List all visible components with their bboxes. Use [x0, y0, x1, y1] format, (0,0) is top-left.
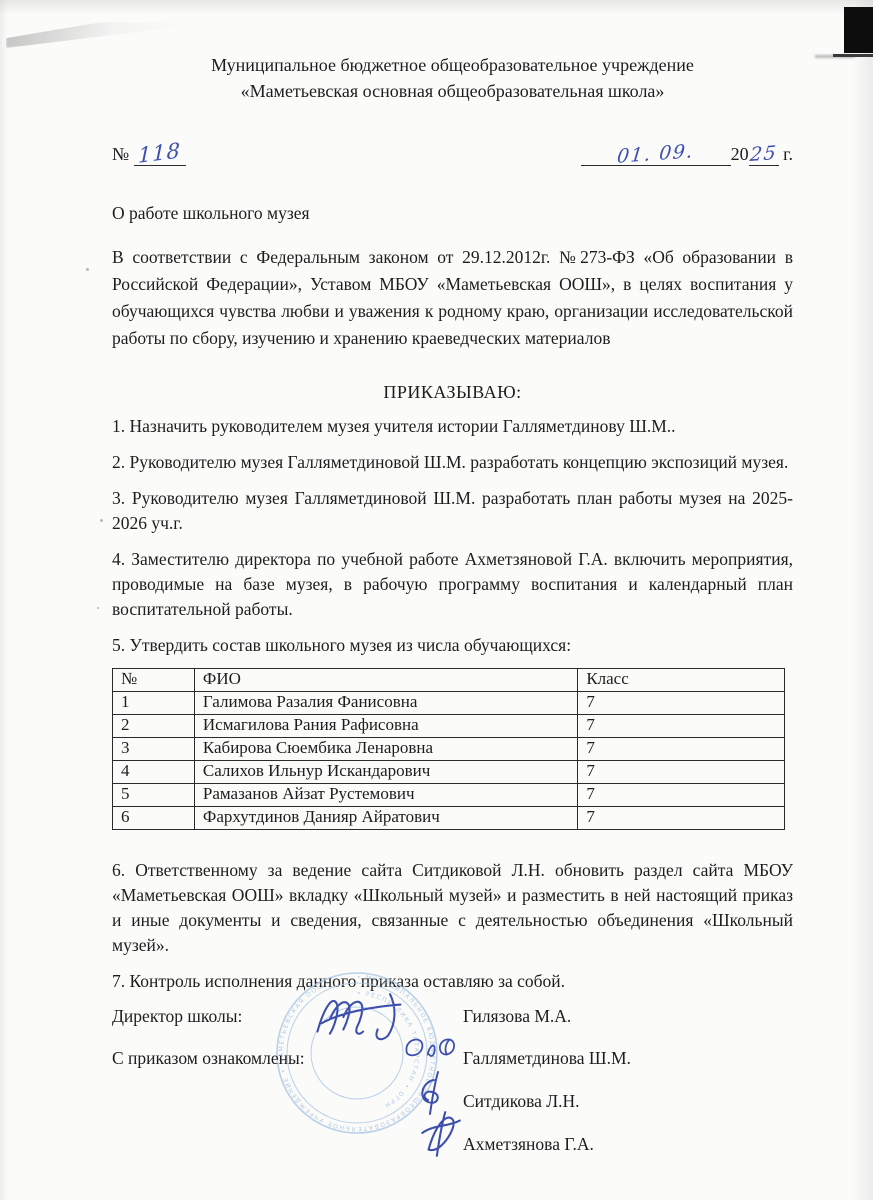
col-header-class: Класс [578, 669, 785, 692]
col-header-fio: ФИО [194, 669, 577, 692]
cell-number: 2 [113, 715, 195, 738]
acknowledged-label: С приказом ознакомлены: [112, 1048, 463, 1069]
org-name-line2: «Маметьевская основная общеобразовательн… [112, 78, 793, 104]
table-row: 2 Исмагилова Рания Рафисовна 7 [113, 715, 785, 738]
acknowledged-row-3: Ахметзянова Г.А. [112, 1122, 793, 1166]
order-number-label: № [112, 144, 129, 164]
order-date-blank: 01. 09. [581, 143, 731, 166]
cell-fio: Галимова Разалия Фанисовна [194, 692, 577, 715]
order-number-blank: 118 [134, 141, 186, 166]
cell-fio: Салихов Ильнур Искандарович [194, 761, 577, 784]
table-row: 3 Кабирова Сюембика Ленаровна 7 [113, 738, 785, 761]
cell-fio: Кабирова Сюембика Ленаровна [194, 738, 577, 761]
table-row: 5 Рамазанов Айзат Рустемович 7 [113, 784, 785, 807]
acknowledged-row-2: Ситдикова Л.Н. [112, 1080, 793, 1122]
table-row: 4 Салихов Ильнур Искандарович 7 [113, 761, 785, 784]
order-word: ПРИКАЗЫВАЮ: [112, 382, 793, 403]
cell-number: 6 [113, 807, 195, 830]
scan-speck [100, 519, 103, 522]
cell-number: 4 [113, 761, 195, 784]
order-item-5: 5. Утвердить состав школьного музея из ч… [112, 633, 793, 658]
scanner-corner-artifact [844, 7, 873, 53]
director-row: Директор школы: Гилязова М.А. [112, 996, 793, 1036]
acknowledged-name-3: Ахметзянова Г.А. [463, 1134, 594, 1155]
cell-class: 7 [578, 692, 785, 715]
cell-fio: Рамазанов Айзат Рустемович [194, 784, 577, 807]
cell-number: 1 [113, 692, 195, 715]
order-number: № 118 [112, 141, 186, 166]
order-number-handwritten: 118 [138, 138, 181, 167]
table-row: 6 Фархутдинов Данияр Айратович 7 [113, 807, 785, 830]
order-item-2: 2. Руководителю музея Галляметдиновой Ш.… [112, 450, 793, 475]
cell-class: 7 [578, 738, 785, 761]
order-date: 01. 09.2025 г. [581, 143, 793, 166]
order-year-handwritten: 25 [749, 142, 778, 166]
order-item-6: 6. Ответственному за ведение сайта Ситди… [112, 858, 793, 958]
order-item-4: 4. Заместителю директора по учебной рабо… [112, 547, 793, 622]
order-date-suffix: г. [783, 144, 793, 164]
order-item-3: 3. Руководителю музея Галляметдиновой Ш.… [112, 486, 793, 536]
cell-number: 5 [113, 784, 195, 807]
order-preamble: В соответствии с Федеральным законом от … [112, 244, 793, 352]
table-row: 1 Галимова Разалия Фанисовна 7 [113, 692, 785, 715]
cell-class: 7 [578, 784, 785, 807]
table-header-row: № ФИО Класс [113, 669, 785, 692]
order-item-1: 1. Назначить руководителем музея учителя… [112, 414, 793, 439]
museum-members-table: № ФИО Класс 1 Галимова Разалия Фанисовна… [112, 668, 785, 830]
scanner-corner-line [833, 54, 873, 57]
order-date-century: 20 [731, 144, 749, 164]
cell-fio: Исмагилова Рания Рафисовна [194, 715, 577, 738]
cell-fio: Фархутдинов Данияр Айратович [194, 807, 577, 830]
signature-block: • МУНИЦИПАЛЬНОЕ БЮДЖЕТНОЕ ОБЩЕОБРАЗОВАТЕ… [112, 996, 793, 1166]
scan-speck [97, 607, 99, 609]
director-label: Директор школы: [112, 1006, 463, 1027]
acknowledged-name-2: Ситдикова Л.Н. [463, 1091, 580, 1112]
order-item-7: 7. Контроль исполнения данного приказа о… [112, 969, 793, 994]
order-date-handwritten: 01. 09. [616, 140, 695, 168]
scan-speck [86, 268, 89, 271]
cell-number: 3 [113, 738, 195, 761]
document-page: Муниципальное бюджетное общеобразователь… [112, 0, 793, 1166]
org-name-line1: Муниципальное бюджетное общеобразователь… [112, 52, 793, 78]
col-header-number: № [113, 669, 195, 692]
order-year-blank: 25 [749, 143, 779, 166]
org-header: Муниципальное бюджетное общеобразователь… [112, 0, 793, 104]
acknowledged-row-1: С приказом ознакомлены: Галляметдинова Ш… [112, 1036, 793, 1080]
order-subject: О работе школьного музея [112, 200, 793, 226]
cell-class: 7 [578, 761, 785, 784]
acknowledged-name-1: Галляметдинова Ш.М. [463, 1048, 631, 1069]
number-date-row: № 118 01. 09.2025 г. [112, 132, 793, 166]
cell-class: 7 [578, 715, 785, 738]
cell-class: 7 [578, 807, 785, 830]
director-name: Гилязова М.А. [463, 1006, 571, 1027]
